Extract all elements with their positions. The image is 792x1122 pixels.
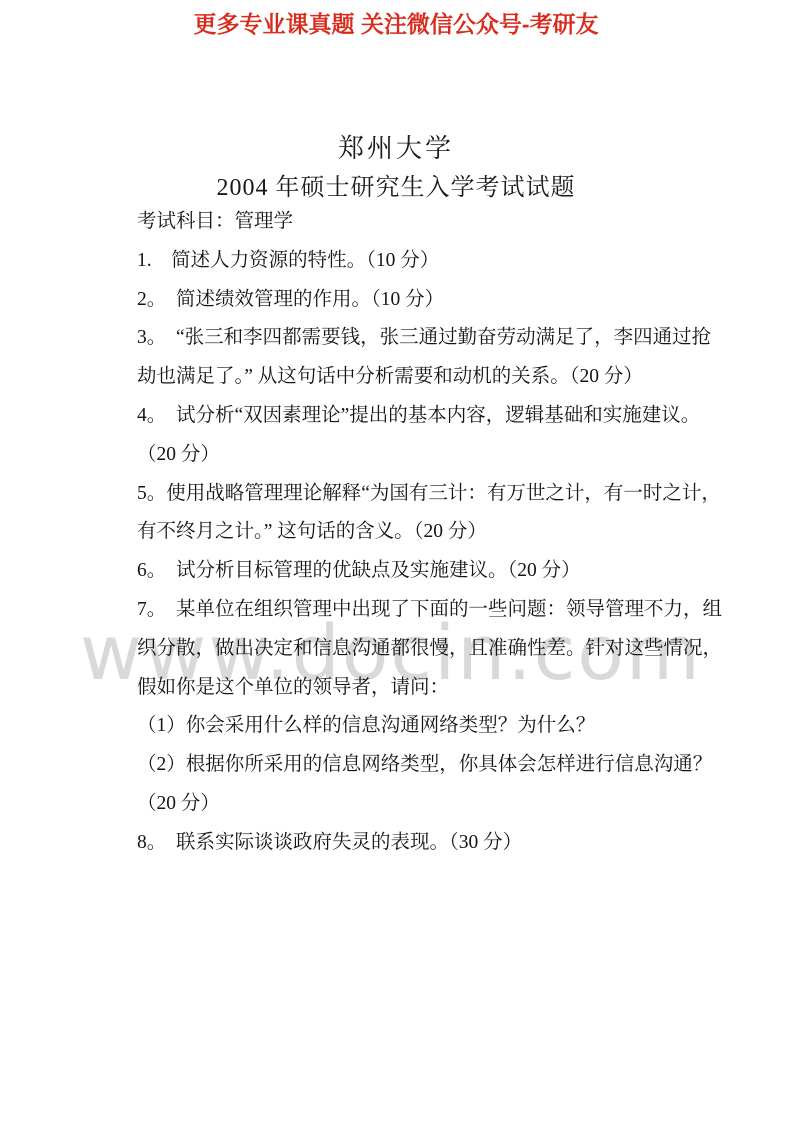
question-7-line-2: 织分散，做出决定和信息沟通都很慢，且准确性差。针对这些情况， [137,630,677,669]
question-7-line-1: 7。 某单位在组织管理中出现了下面的一些问题：领导管理不力，组 [137,591,677,630]
university-title: 郑州大学 [0,128,792,165]
question-5-line-1: 5。使用战略管理理论解释“为国有三计：有万世之计，有一时之计， [137,475,677,514]
subject-line: 考试科目：管理学 [137,203,677,242]
question-1-line: 1. 简述人力资源的特性。（10 分） [137,242,677,281]
document-page: 更多专业课真题 关注微信公众号-考研友 www.docin.com 郑州大学 2… [0,0,792,1122]
question-7-points: （20 分） [137,785,677,824]
question-6-line: 6。 试分析目标管理的优缺点及实施建议。（20 分） [137,552,677,591]
exam-body: 考试科目：管理学 1. 简述人力资源的特性。（10 分） 2。 简述绩效管理的作… [137,203,677,863]
question-2-line: 2。 简述绩效管理的作用。（10 分） [137,281,677,320]
promo-banner: 更多专业课真题 关注微信公众号-考研友 [0,6,792,39]
question-7-sub-2: （2）根据你所采用的信息网络类型，你具体会怎样进行信息沟通？ [137,746,677,785]
question-3-line-1: 3。 “张三和李四都需要钱，张三通过勤奋劳动满足了，李四通过抢 [137,319,677,358]
question-3-line-2: 劫也满足了。” 从这句话中分析需要和动机的关系。（20 分） [137,358,677,397]
exam-title: 2004 年硕士研究生入学考试试题 [0,167,792,202]
question-7-line-3: 假如你是这个单位的领导者，请问： [137,669,677,708]
question-4-line-1: 4。 试分析“双因素理论”提出的基本内容，逻辑基础和实施建议。 [137,397,677,436]
question-8-line: 8。 联系实际谈谈政府失灵的表现。（30 分） [137,824,677,863]
question-4-line-2: （20 分） [137,436,677,475]
question-5-line-2: 有不终月之计。” 这句话的含义。（20 分） [137,513,677,552]
question-7-sub-1: （1）你会采用什么样的信息沟通网络类型？为什么？ [137,707,677,746]
